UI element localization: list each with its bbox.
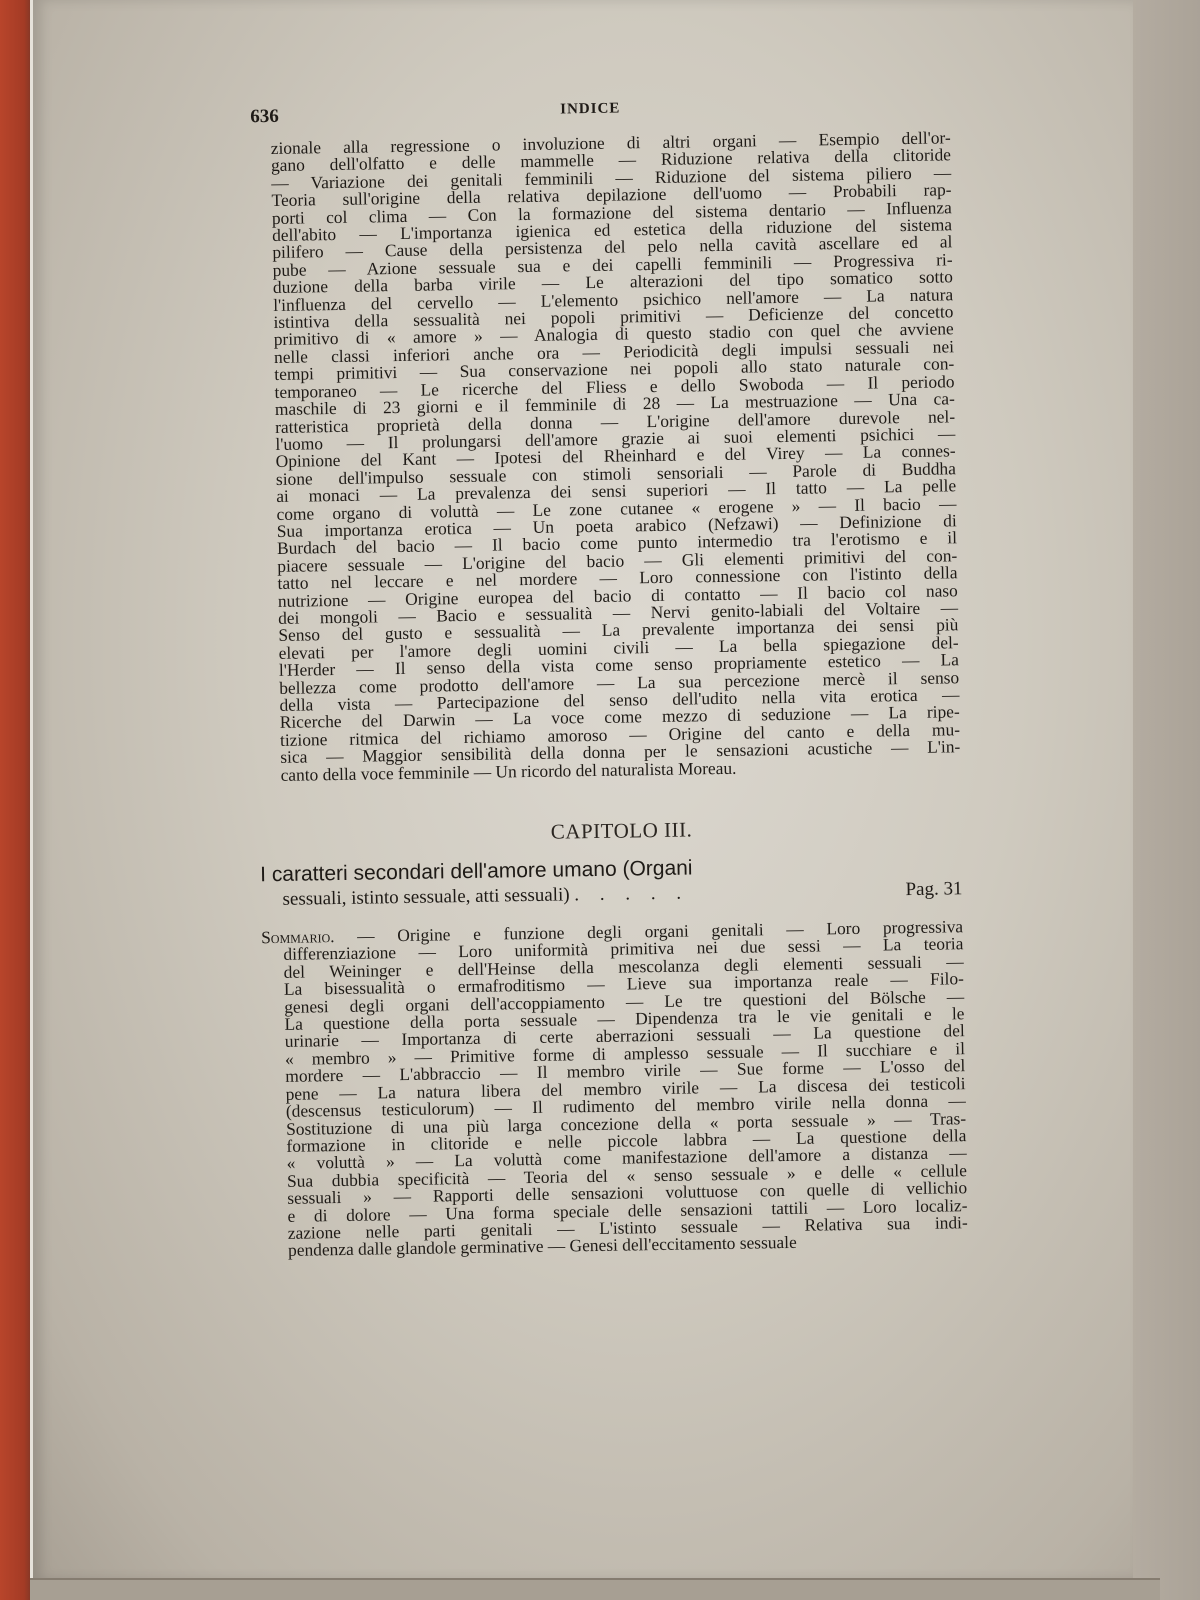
chapter-3-summary: Sommario. — Origine e funzione degli org…: [261, 918, 968, 1260]
chapter-heading: CAPITOLO III.: [281, 813, 961, 849]
chapter-2-summary-continuation: zionale alla regressione o involuzione d…: [271, 129, 961, 784]
running-head: INDICE: [560, 100, 620, 118]
page-bottom-edge: [30, 1578, 1160, 1600]
chapter-title-line-2-text: sessuali, istinto sessuale, atti sessual…: [282, 883, 689, 911]
chapter-subtitle: sessuali, istinto sessuale, atti sessual…: [282, 884, 569, 910]
page-number: 636: [250, 106, 279, 128]
page-content: 636 INDICE zionale alla regressione o in…: [270, 89, 968, 1259]
leader-dots: . . . . .: [574, 883, 689, 906]
chapter-title: I caratteri secondari dell'amore umano (…: [260, 852, 963, 911]
page-reference: Pag. 31: [905, 878, 962, 901]
